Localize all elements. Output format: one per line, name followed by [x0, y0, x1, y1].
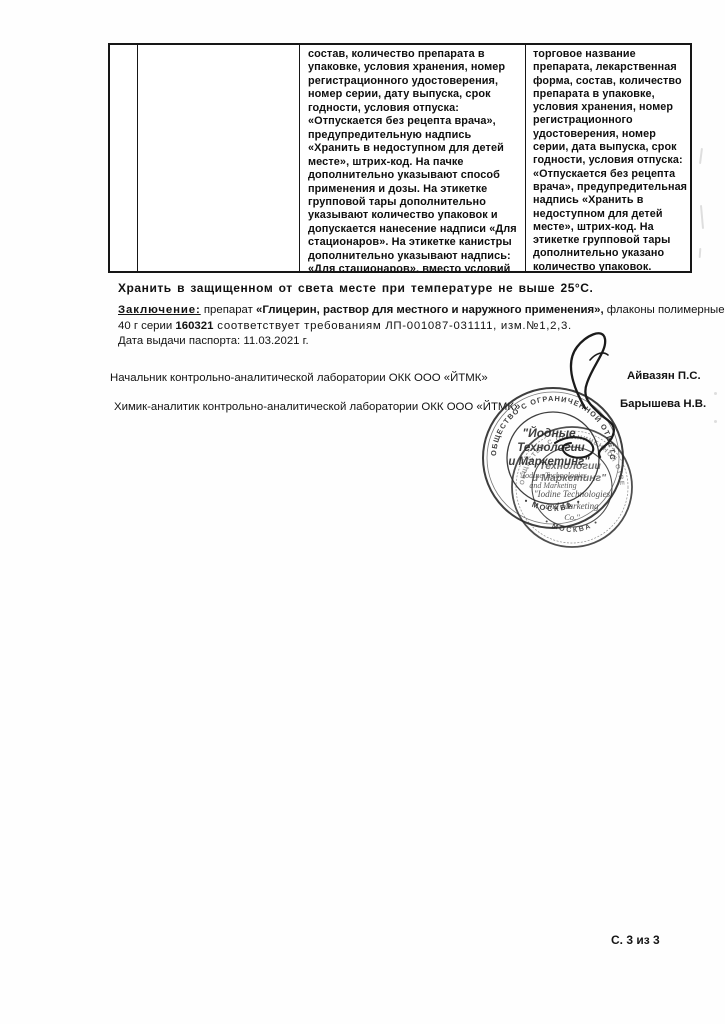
seal2-center-ru-2: Технологии: [539, 460, 601, 472]
table-cell-parameter: [137, 45, 299, 271]
drug-name: «Глицерин, раствор для местного и наружн…: [256, 304, 604, 316]
scan-artifact: [700, 205, 704, 229]
table-cell-index: [110, 45, 137, 271]
batch-number: 160321: [175, 320, 213, 332]
scan-artifact: [714, 392, 717, 395]
scan-artifact: [699, 248, 702, 258]
seal2-center-en-1: "Iodine Technologies: [534, 489, 611, 499]
signatory-title-head-of-lab: Начальник контрольно-аналитической лабор…: [110, 372, 488, 384]
scan-artifact: [699, 148, 703, 164]
batch-prefix: 40 г серии: [118, 320, 175, 332]
conclusion-label: Заключение:: [118, 304, 201, 316]
company-seal-stamp: ОБЩЕСТВО С ОГРАНИЧЕННОЙ ОТВЕТСТВЕННОСТЬЮ…: [465, 325, 680, 570]
table-cell-pack-labeling: состав, количество препарата в упаковке,…: [299, 45, 525, 271]
storage-conditions-note: Хранить в защищенном от света месте при …: [118, 281, 678, 295]
scan-artifact: [714, 420, 717, 423]
table-cell-group-labeling: торговое название препарата, лекарственн…: [525, 45, 694, 271]
conclusion-line-1: Заключение: препарат «Глицерин, раствор …: [118, 303, 708, 319]
seal2-center-en-3: Co.": [564, 512, 580, 522]
scanned-document-page: состав, количество препарата в упаковке,…: [0, 0, 725, 1024]
page-number: С. 3 из 3: [611, 933, 660, 947]
seal2-center-en-2: and Marketing: [545, 501, 599, 511]
labeling-requirements-table: состав, количество препарата в упаковке,…: [108, 43, 692, 273]
conclusion-intro: препарат: [201, 304, 256, 316]
package-type: флаконы полимерные по: [604, 304, 725, 316]
seal2-center-ru-3: и Маркетинг": [532, 472, 607, 484]
signatory-title-chemist-analyst: Химик-аналитик контрольно-аналитической …: [114, 401, 520, 413]
